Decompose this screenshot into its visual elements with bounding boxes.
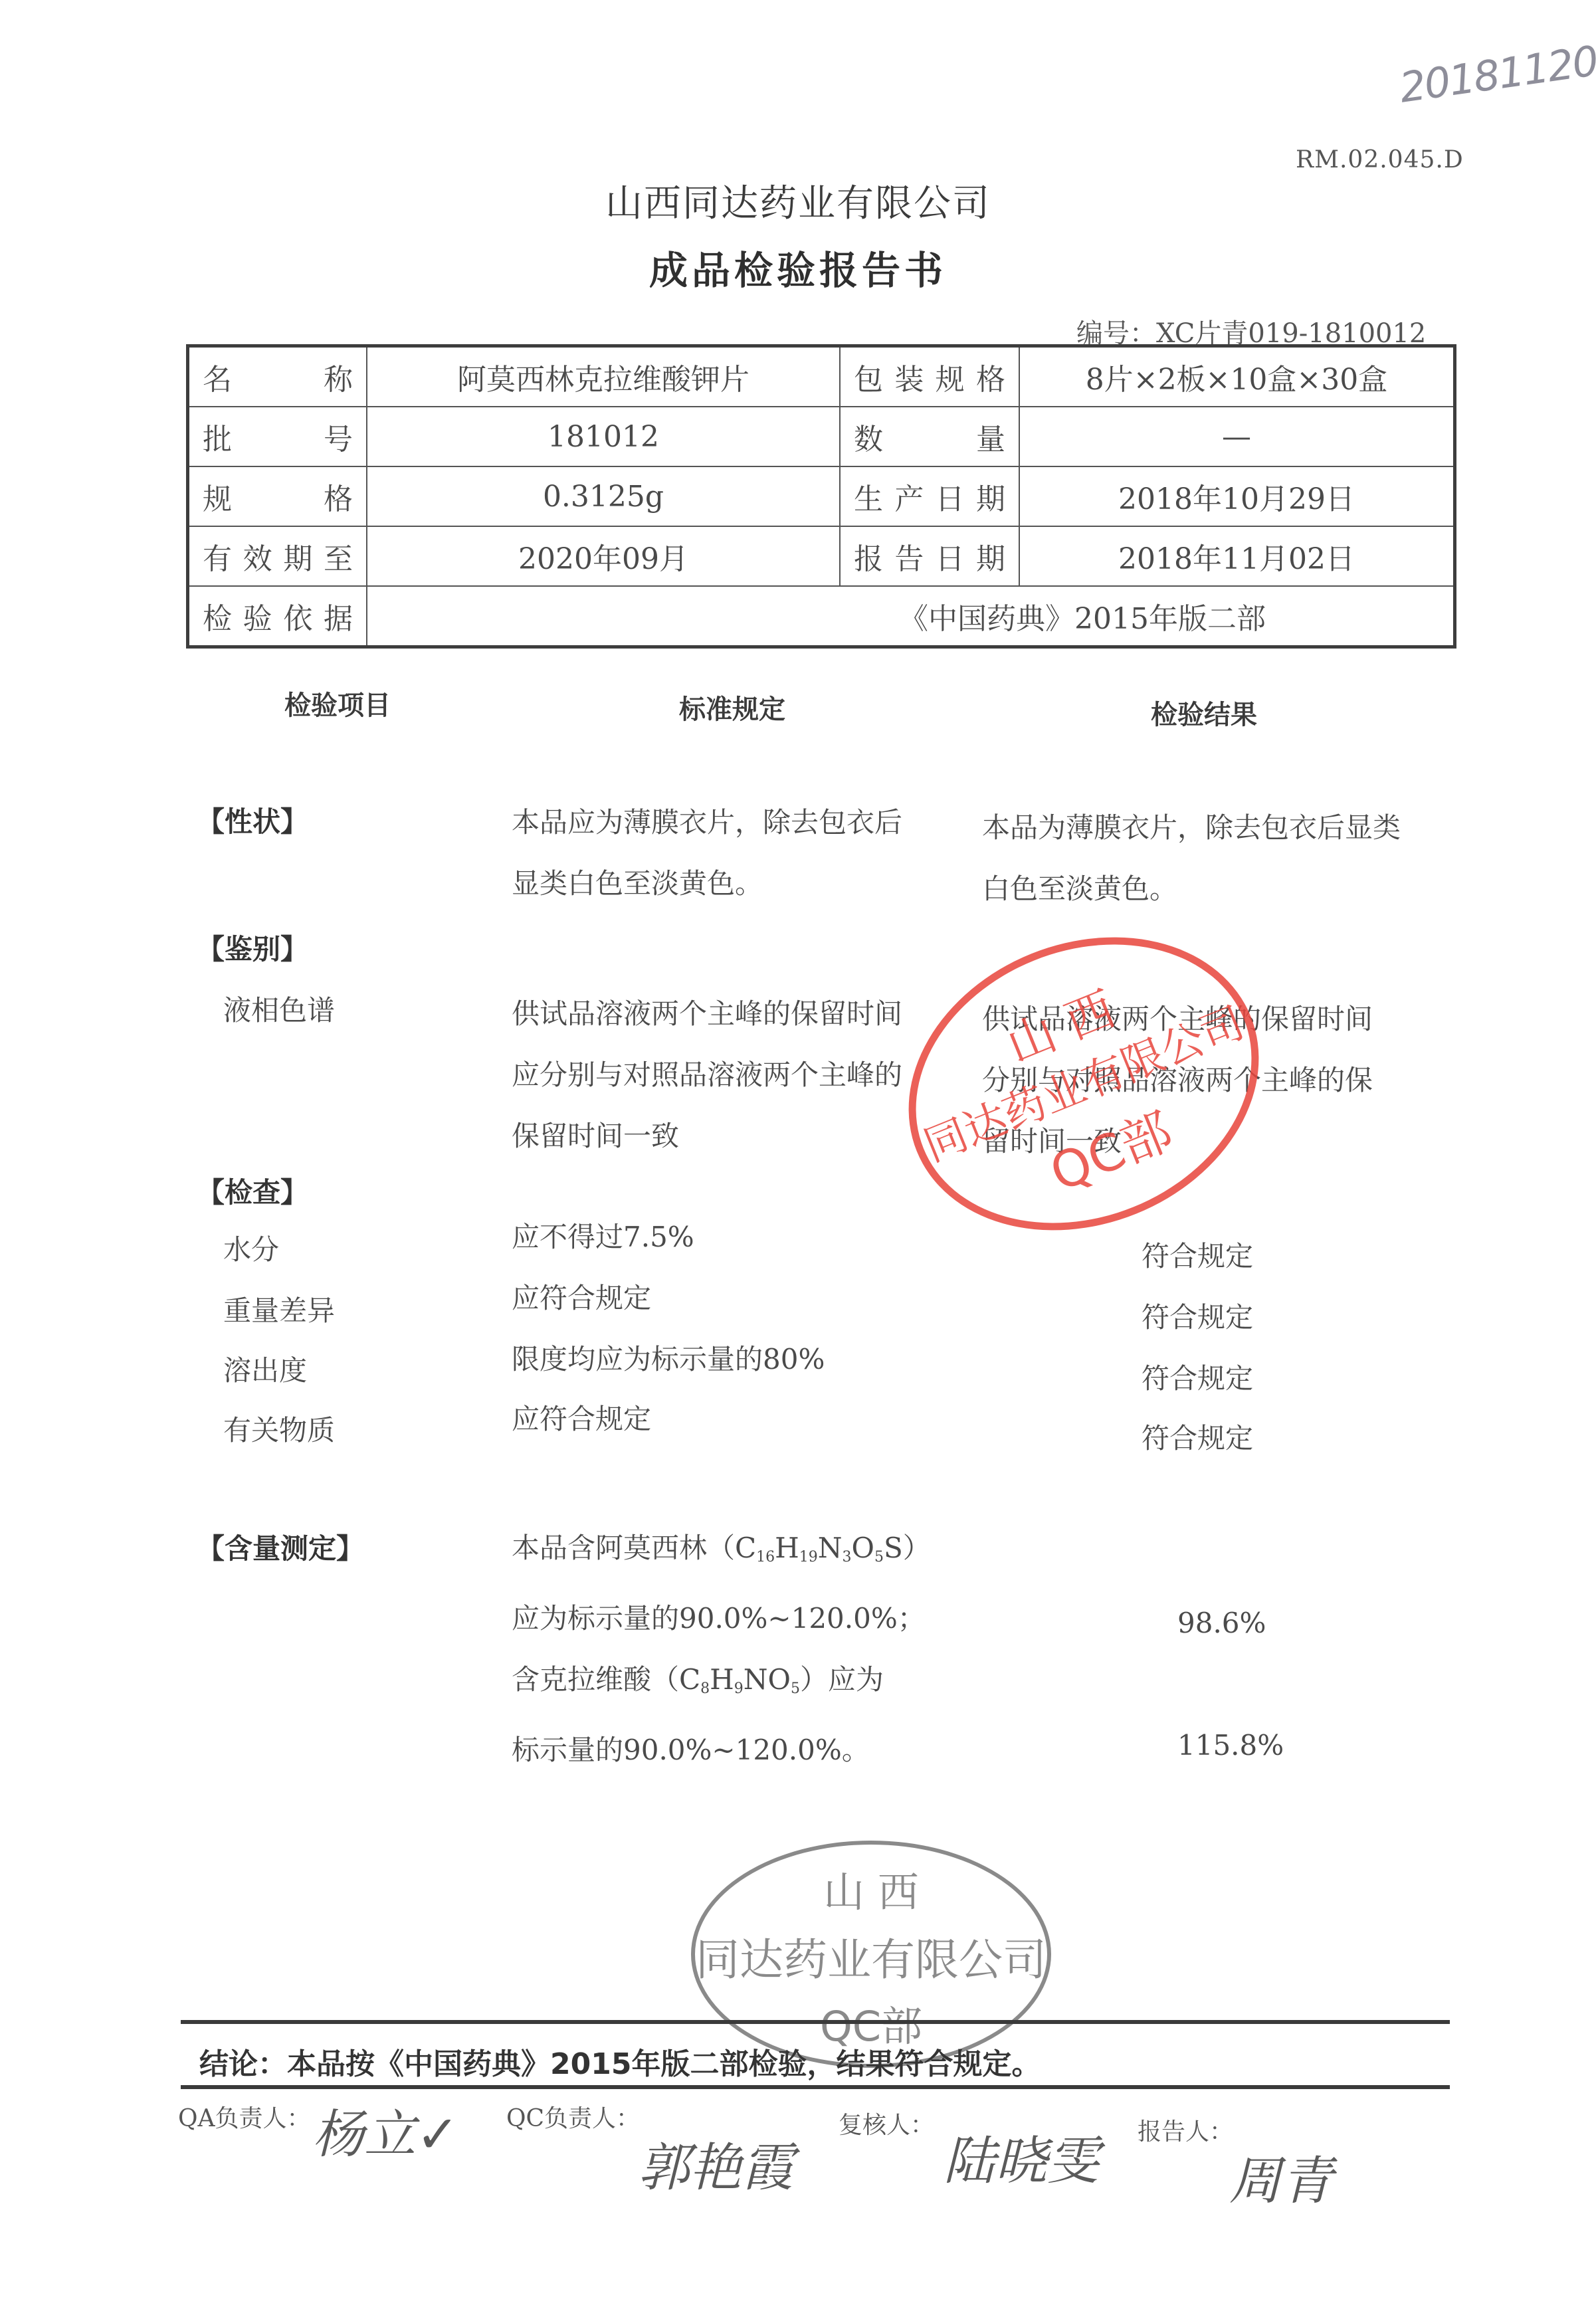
qa-manager-signature: 杨立✓ xyxy=(312,2093,459,2168)
assay-standard-line: 含克拉维酸（C8H9NO5）应为 xyxy=(512,1649,1110,1720)
package-value: 8片×2板×10盒×30盒 xyxy=(1019,346,1455,407)
quantity-label: 数量 xyxy=(840,407,1019,466)
inspection-standard: 应符合规定 xyxy=(512,1278,963,1318)
identification-item-hplc: 液相色谱 xyxy=(223,989,335,1029)
quantity-value: — xyxy=(1019,407,1455,466)
column-header-result: 检验结果 xyxy=(1151,694,1257,732)
stamp-text: 同达药业有限公司 xyxy=(695,1924,1047,1987)
qc-manager-label: QC负责人： xyxy=(506,2100,640,2134)
inspection-item: 有关物质 xyxy=(223,1409,335,1449)
appearance-result-line: 白色至淡黄色。 xyxy=(982,858,1447,920)
inspection-item: 水分 xyxy=(223,1228,279,1268)
report-date-label: 报告日期 xyxy=(840,526,1019,586)
inspection-result: 符合规定 xyxy=(1142,1417,1253,1457)
info-row-basis: 检验依据 《中国药典》2015年版二部 xyxy=(188,586,1455,647)
inspection-standard: 应不得过7.5% xyxy=(512,1217,963,1257)
identification-standard-line: 保留时间一致 xyxy=(512,1106,963,1167)
spec-label: 规格 xyxy=(188,466,367,526)
section-inspection-title: 【检查】 xyxy=(197,1171,308,1211)
name-value: 阿莫西林克拉维酸钾片 xyxy=(367,346,840,407)
product-info-table: 名称 阿莫西林克拉维酸钾片 包装规格 8片×2板×10盒×30盒 批号 1810… xyxy=(186,344,1456,649)
inspection-standard: 限度均应为标示量的80% xyxy=(512,1340,963,1379)
formula-subscript: 16 xyxy=(756,1549,775,1565)
column-header-item: 检验项目 xyxy=(284,684,391,722)
formula-part: S） xyxy=(884,1532,931,1564)
formula-part: H xyxy=(775,1532,799,1564)
expiry-value: 2020年09月 xyxy=(367,526,840,586)
package-label: 包装规格 xyxy=(840,346,1019,407)
qc-manager-signature: 郭艳霞 xyxy=(638,2126,793,2201)
info-row-expiry: 有效期至 2020年09月 报告日期 2018年11月02日 xyxy=(188,526,1455,586)
assay-standard-line: 本品含阿莫西林（C16H19N3O5S） xyxy=(512,1518,1110,1588)
qc-department-grey-stamp: 山 西 同达药业有限公司 QC部 xyxy=(691,1841,1051,2068)
basis-value: 《中国药典》2015年版二部 xyxy=(367,586,1455,647)
section-identification-title: 【鉴别】 xyxy=(197,928,308,967)
assay-result-clavulanic: 115.8% xyxy=(1177,1729,1284,1762)
info-row-spec: 规格 0.3125g 生产日期 2018年10月29日 xyxy=(188,466,1455,526)
conclusion-top-rule xyxy=(181,2020,1450,2024)
formula-part: ）应为 xyxy=(800,1663,884,1696)
inspection-standard: 应符合规定 xyxy=(512,1399,963,1439)
formula-part: 本品含阿莫西林（C xyxy=(512,1532,756,1564)
inspection-item: 溶出度 xyxy=(223,1349,307,1389)
expiry-label: 有效期至 xyxy=(188,526,367,586)
batch-label: 批号 xyxy=(188,407,367,466)
form-code: RM.02.045.D xyxy=(1296,146,1464,173)
batch-value: 181012 xyxy=(367,407,840,466)
identification-standard-line: 供试品溶液两个主峰的保留时间 xyxy=(512,983,963,1045)
formula-subscript: 3 xyxy=(843,1549,852,1565)
conclusion-bottom-rule xyxy=(181,2085,1450,2089)
basis-label: 检验依据 xyxy=(188,586,367,647)
appearance-result: 本品为薄膜衣片，除去包衣后显类 白色至淡黄色。 xyxy=(982,797,1447,920)
qa-manager-label: QA负责人： xyxy=(178,2100,311,2134)
inspection-item: 重量差异 xyxy=(223,1289,335,1329)
inspection-result: 符合规定 xyxy=(1142,1296,1253,1336)
column-header-standard: 标准规定 xyxy=(679,688,785,726)
formula-subscript: 5 xyxy=(874,1549,884,1565)
appearance-standard: 本品应为薄膜衣片，除去包衣后 显类白色至淡黄色。 xyxy=(512,792,963,914)
assay-standard-line: 标示量的90.0%~120.0%。 xyxy=(512,1720,1110,1781)
formula-part: O xyxy=(852,1532,874,1564)
reporter-signature: 周青 xyxy=(1229,2140,1333,2214)
reviewer-signature: 陆晓雯 xyxy=(944,2120,1099,2194)
formula-subscript: 9 xyxy=(734,1680,744,1697)
info-row-batch: 批号 181012 数量 — xyxy=(188,407,1455,466)
info-row-name: 名称 阿莫西林克拉维酸钾片 包装规格 8片×2板×10盒×30盒 xyxy=(188,346,1455,407)
document-title: 成品检验报告书 xyxy=(0,239,1596,295)
section-assay-title: 【含量测定】 xyxy=(197,1527,364,1567)
conclusion-text: 结论：本品按《中国药典》2015年版二部检验，结果符合规定。 xyxy=(199,2040,1041,2082)
appearance-standard-line: 本品应为薄膜衣片，除去包衣后 xyxy=(512,792,963,853)
reviewer-label: 复核人： xyxy=(839,2106,934,2140)
formula-part: 含克拉维酸（C xyxy=(512,1663,700,1696)
stamp-text: 山 西 xyxy=(695,1859,1047,1918)
assay-result-amoxicillin: 98.6% xyxy=(1177,1607,1266,1639)
report-date-value: 2018年11月02日 xyxy=(1019,526,1455,586)
formula-subscript: 19 xyxy=(799,1549,818,1565)
inspection-result: 符合规定 xyxy=(1142,1235,1253,1274)
handwritten-archive-number: 2018112049 xyxy=(1397,29,1596,112)
formula-subscript: 8 xyxy=(700,1680,710,1697)
formula-part: N xyxy=(818,1532,843,1564)
name-label: 名称 xyxy=(188,346,367,407)
assay-standard: 本品含阿莫西林（C16H19N3O5S） 应为标示量的90.0%~120.0%；… xyxy=(512,1518,1110,1781)
company-name: 山西同达药业有限公司 xyxy=(0,174,1596,227)
spec-value: 0.3125g xyxy=(367,466,840,526)
reporter-label: 报告人： xyxy=(1138,2113,1233,2147)
appearance-result-line: 本品为薄膜衣片，除去包衣后显类 xyxy=(982,797,1447,858)
appearance-standard-line: 显类白色至淡黄色。 xyxy=(512,853,963,914)
formula-part: H xyxy=(710,1663,734,1696)
section-appearance-title: 【性状】 xyxy=(197,800,308,840)
production-date-label: 生产日期 xyxy=(840,466,1019,526)
formula-part: NO xyxy=(744,1663,791,1696)
assay-standard-line: 应为标示量的90.0%~120.0%； xyxy=(512,1588,1110,1649)
formula-subscript: 5 xyxy=(791,1680,800,1697)
inspection-result: 符合规定 xyxy=(1142,1357,1253,1397)
production-date-value: 2018年10月29日 xyxy=(1019,466,1455,526)
